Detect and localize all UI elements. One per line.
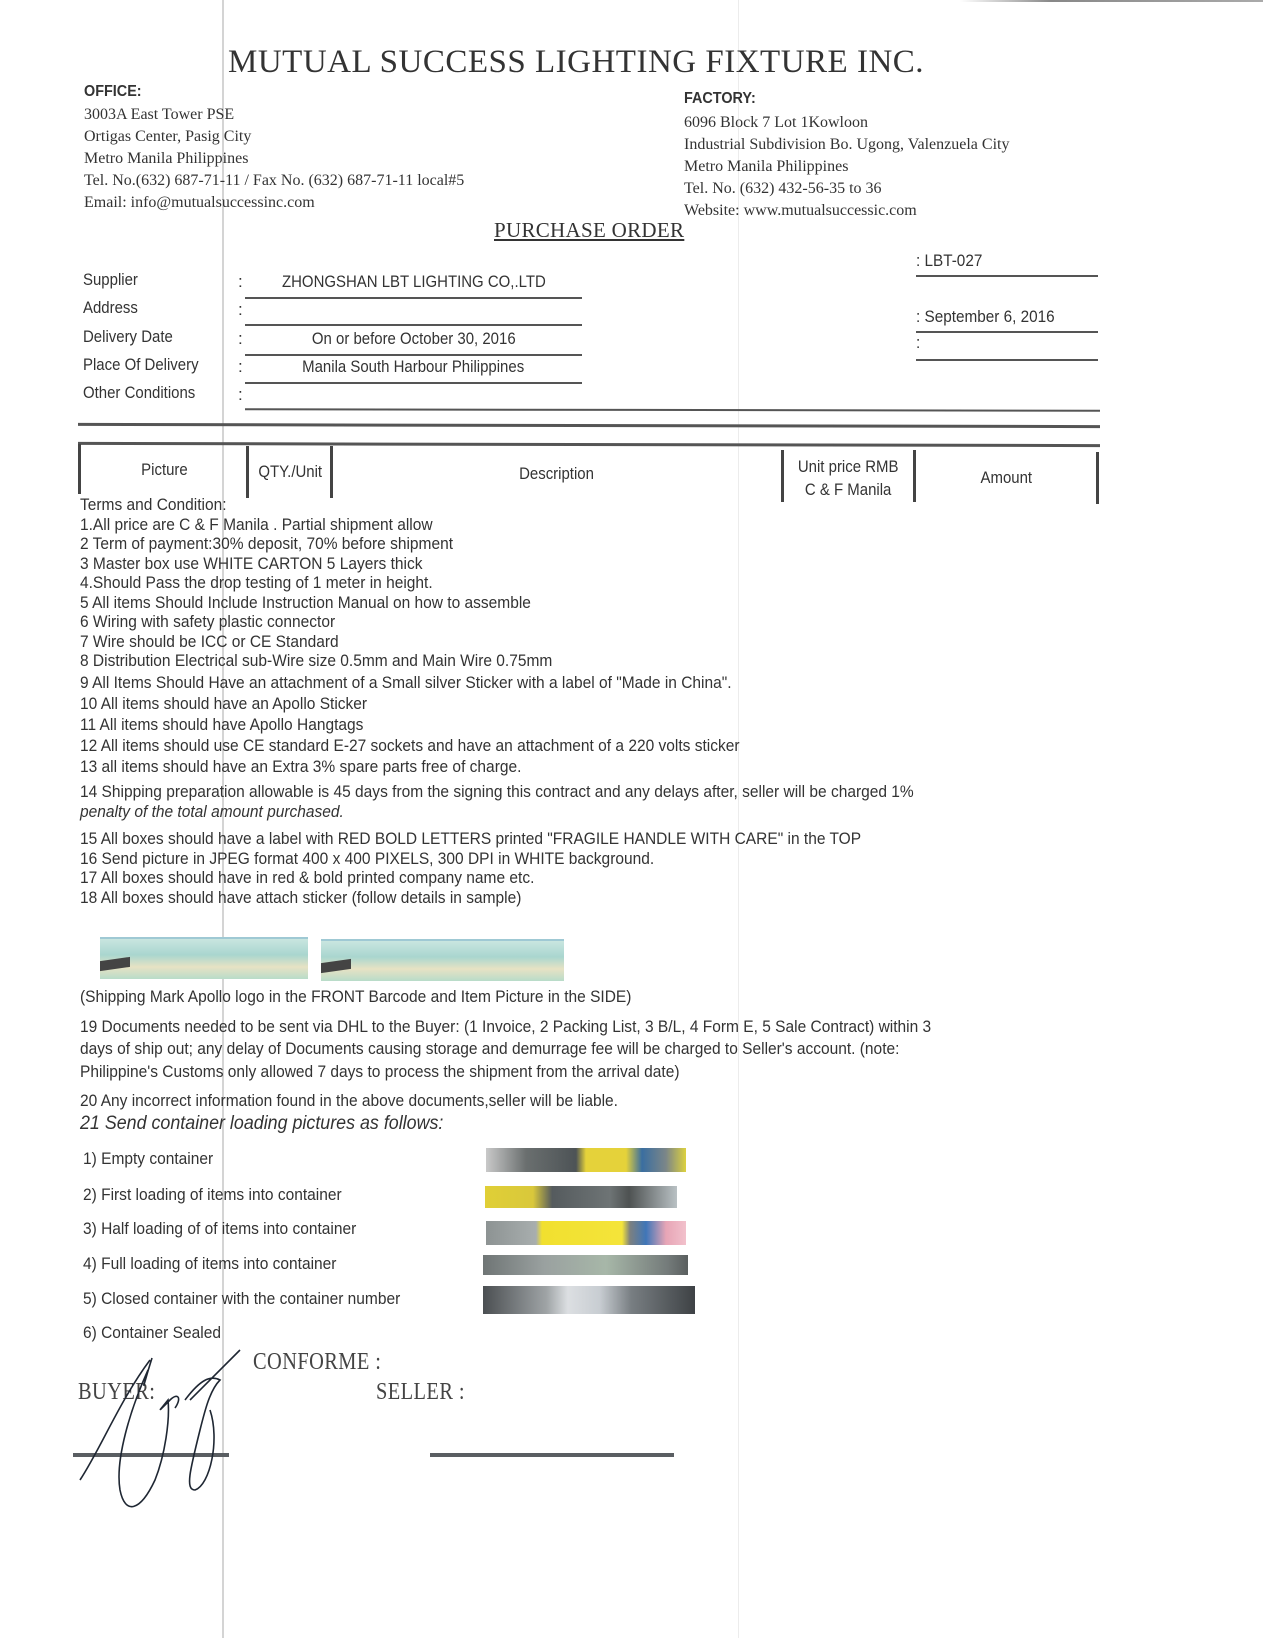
- col-header-amount: Amount: [916, 468, 1096, 488]
- amount-header-text: Amount: [980, 468, 1032, 488]
- factory-line: 6096 Block 7 Lot 1Kowloon: [684, 112, 1009, 134]
- loading-step: 2) First loading of items into container: [83, 1186, 342, 1205]
- terms-section: Terms and Condition: 1.All price are C &…: [80, 496, 1080, 908]
- half-loading-photo: [486, 1221, 686, 1245]
- supplier-label: Supplier: [83, 270, 138, 290]
- table-border: [78, 444, 81, 494]
- term-item: 1.All price are C & F Manila . Partial s…: [80, 516, 1020, 536]
- section-divider: [78, 423, 1100, 428]
- office-line: Metro Manila Philippines: [84, 148, 464, 170]
- office-address: 3003A East Tower PSE Ortigas Center, Pas…: [84, 104, 464, 214]
- office-phone: Tel. No.(632) 687-71-11 / Fax No. (632) …: [84, 170, 464, 192]
- factory-line: Industrial Subdivision Bo. Ugong, Valenz…: [684, 134, 1009, 156]
- term-item: 10 All items should have an Apollo Stick…: [80, 695, 1020, 715]
- term-item: 6 Wiring with safety plastic connector: [80, 613, 1020, 633]
- place-of-delivery-value: Manila South Harbour Philippines: [245, 357, 582, 377]
- office-line: 3003A East Tower PSE: [84, 104, 464, 126]
- term-item: 16 Send picture in JPEG format 400 x 400…: [80, 850, 1020, 870]
- po-extra-field: :: [916, 333, 920, 353]
- unit-price-header-text: Unit price RMB: [798, 455, 899, 478]
- closed-container-photo: [483, 1286, 695, 1314]
- loading-pictures-heading: 21 Send container loading pictures as fo…: [80, 1112, 1020, 1136]
- supplier-value: ZHONGSHAN LBT LIGHTING CO,.LTD: [245, 272, 582, 292]
- place-of-delivery-underline: [245, 382, 582, 384]
- term-item: 13 all items should have an Extra 3% spa…: [80, 758, 1020, 778]
- document-title: PURCHASE ORDER: [494, 218, 684, 243]
- term-item: 20 Any incorrect information found in th…: [80, 1092, 1020, 1112]
- term-item: 19 Documents needed to be sent via DHL t…: [80, 1018, 1020, 1038]
- term-item: 3 Master box use WHITE CARTON 5 Layers t…: [80, 555, 1020, 575]
- office-label: OFFICE:: [84, 83, 142, 101]
- po-number-underline: [916, 275, 1098, 277]
- term-item: 15 All boxes should have a label with RE…: [80, 830, 1020, 850]
- place-of-delivery-text: Manila South Harbour Philippines: [302, 357, 524, 377]
- factory-label: FACTORY:: [684, 90, 756, 108]
- term-item: 2 Term of payment:30% deposit, 70% befor…: [80, 535, 1020, 555]
- term-item: 9 All Items Should Have an attachment of…: [80, 674, 1020, 694]
- seller-label: SELLER :: [376, 1379, 465, 1406]
- term-item: 4.Should Pass the drop testing of 1 mete…: [80, 574, 1020, 594]
- factory-website: Website: www.mutualsuccessic.com: [684, 200, 1009, 222]
- col-header-qty: QTY./Unit: [249, 462, 331, 482]
- po-date: : September 6, 2016: [916, 307, 1055, 327]
- office-line: Ortigas Center, Pasig City: [84, 126, 464, 148]
- colon: :: [238, 385, 243, 405]
- po-number: : LBT-027: [916, 251, 982, 271]
- factory-phone: Tel. No. (632) 432-56-35 to 36: [684, 178, 1009, 200]
- table-border: [1096, 452, 1099, 504]
- shipping-mark-sample-image: [100, 937, 308, 979]
- empty-container-photo: [486, 1148, 686, 1172]
- other-conditions-label: Other Conditions: [83, 383, 195, 403]
- delivery-date-label: Delivery Date: [83, 327, 173, 347]
- term-item: 8 Distribution Electrical sub-Wire size …: [80, 652, 1020, 672]
- loading-step: 3) Half loading of of items into contain…: [83, 1220, 356, 1239]
- buyer-signature: [60, 1340, 280, 1520]
- delivery-date-text: On or before October 30, 2016: [312, 329, 516, 349]
- term-item-continued: penalty of the total amount purchased.: [80, 803, 1020, 823]
- supplier-underline: [245, 297, 582, 299]
- factory-address: 6096 Block 7 Lot 1Kowloon Industrial Sub…: [684, 112, 1009, 222]
- term-item: 7 Wire should be ICC or CE Standard: [80, 633, 1020, 653]
- picture-header-text: Picture: [141, 460, 188, 480]
- po-date-underline: [916, 331, 1098, 333]
- loading-step: 4) Full loading of items into container: [83, 1255, 336, 1274]
- col-header-unit-price: Unit price RMB C & F Manila: [784, 455, 913, 501]
- term-item-continued: days of ship out; any delay of Documents…: [80, 1040, 1020, 1060]
- term-item: 17 All boxes should have in red & bold p…: [80, 869, 1020, 889]
- colon: :: [238, 300, 243, 320]
- colon: :: [238, 272, 243, 292]
- loading-step: 1) Empty container: [83, 1150, 213, 1169]
- scan-edge: [960, 0, 1263, 2]
- shipping-mark-note: (Shipping Mark Apollo logo in the FRONT …: [80, 988, 1020, 1008]
- term-item: 18 All boxes should have attach sticker …: [80, 889, 1020, 909]
- term-item: 12 All items should use CE standard E-27…: [80, 737, 1020, 757]
- qty-header-text: QTY./Unit: [258, 462, 322, 482]
- first-loading-photo: [485, 1186, 677, 1208]
- seller-signature-line[interactable]: [430, 1453, 674, 1457]
- address-underline: [245, 324, 582, 326]
- term-item: 14 Shipping preparation allowable is 45 …: [80, 783, 1020, 803]
- terms-section-continued: (Shipping Mark Apollo logo in the FRONT …: [80, 988, 1080, 1136]
- loading-step: 5) Closed container with the container n…: [83, 1290, 400, 1309]
- col-header-picture: Picture: [82, 460, 246, 480]
- supplier-text: ZHONGSHAN LBT LIGHTING CO,.LTD: [282, 272, 546, 292]
- other-conditions-underline: [245, 408, 1100, 411]
- place-of-delivery-label: Place Of Delivery: [83, 355, 199, 375]
- full-loading-photo: [483, 1255, 688, 1275]
- shipping-mark-sample-image: [321, 939, 564, 981]
- colon: :: [238, 357, 243, 377]
- delivery-date-underline: [245, 354, 582, 356]
- office-email: Email: info@mutualsuccessinc.com: [84, 192, 464, 214]
- terms-heading: Terms and Condition:: [80, 496, 1020, 516]
- term-item: 11 All items should have Apollo Hangtags: [80, 716, 1020, 736]
- delivery-date-value: On or before October 30, 2016: [245, 329, 582, 349]
- col-header-description: Description: [333, 464, 781, 484]
- address-value: [245, 300, 582, 320]
- po-extra-underline: [916, 359, 1098, 361]
- description-header-text: Description: [520, 464, 595, 484]
- term-item: 5 All items Should Include Instruction M…: [80, 594, 1020, 614]
- address-label: Address: [83, 298, 138, 318]
- term-item-continued: Philippine's Customs only allowed 7 days…: [80, 1063, 1020, 1083]
- factory-line: Metro Manila Philippines: [684, 156, 1009, 178]
- company-name: MUTUAL SUCCESS LIGHTING FIXTURE INC.: [228, 44, 924, 81]
- colon: :: [238, 329, 243, 349]
- table-top-border: [78, 442, 1100, 447]
